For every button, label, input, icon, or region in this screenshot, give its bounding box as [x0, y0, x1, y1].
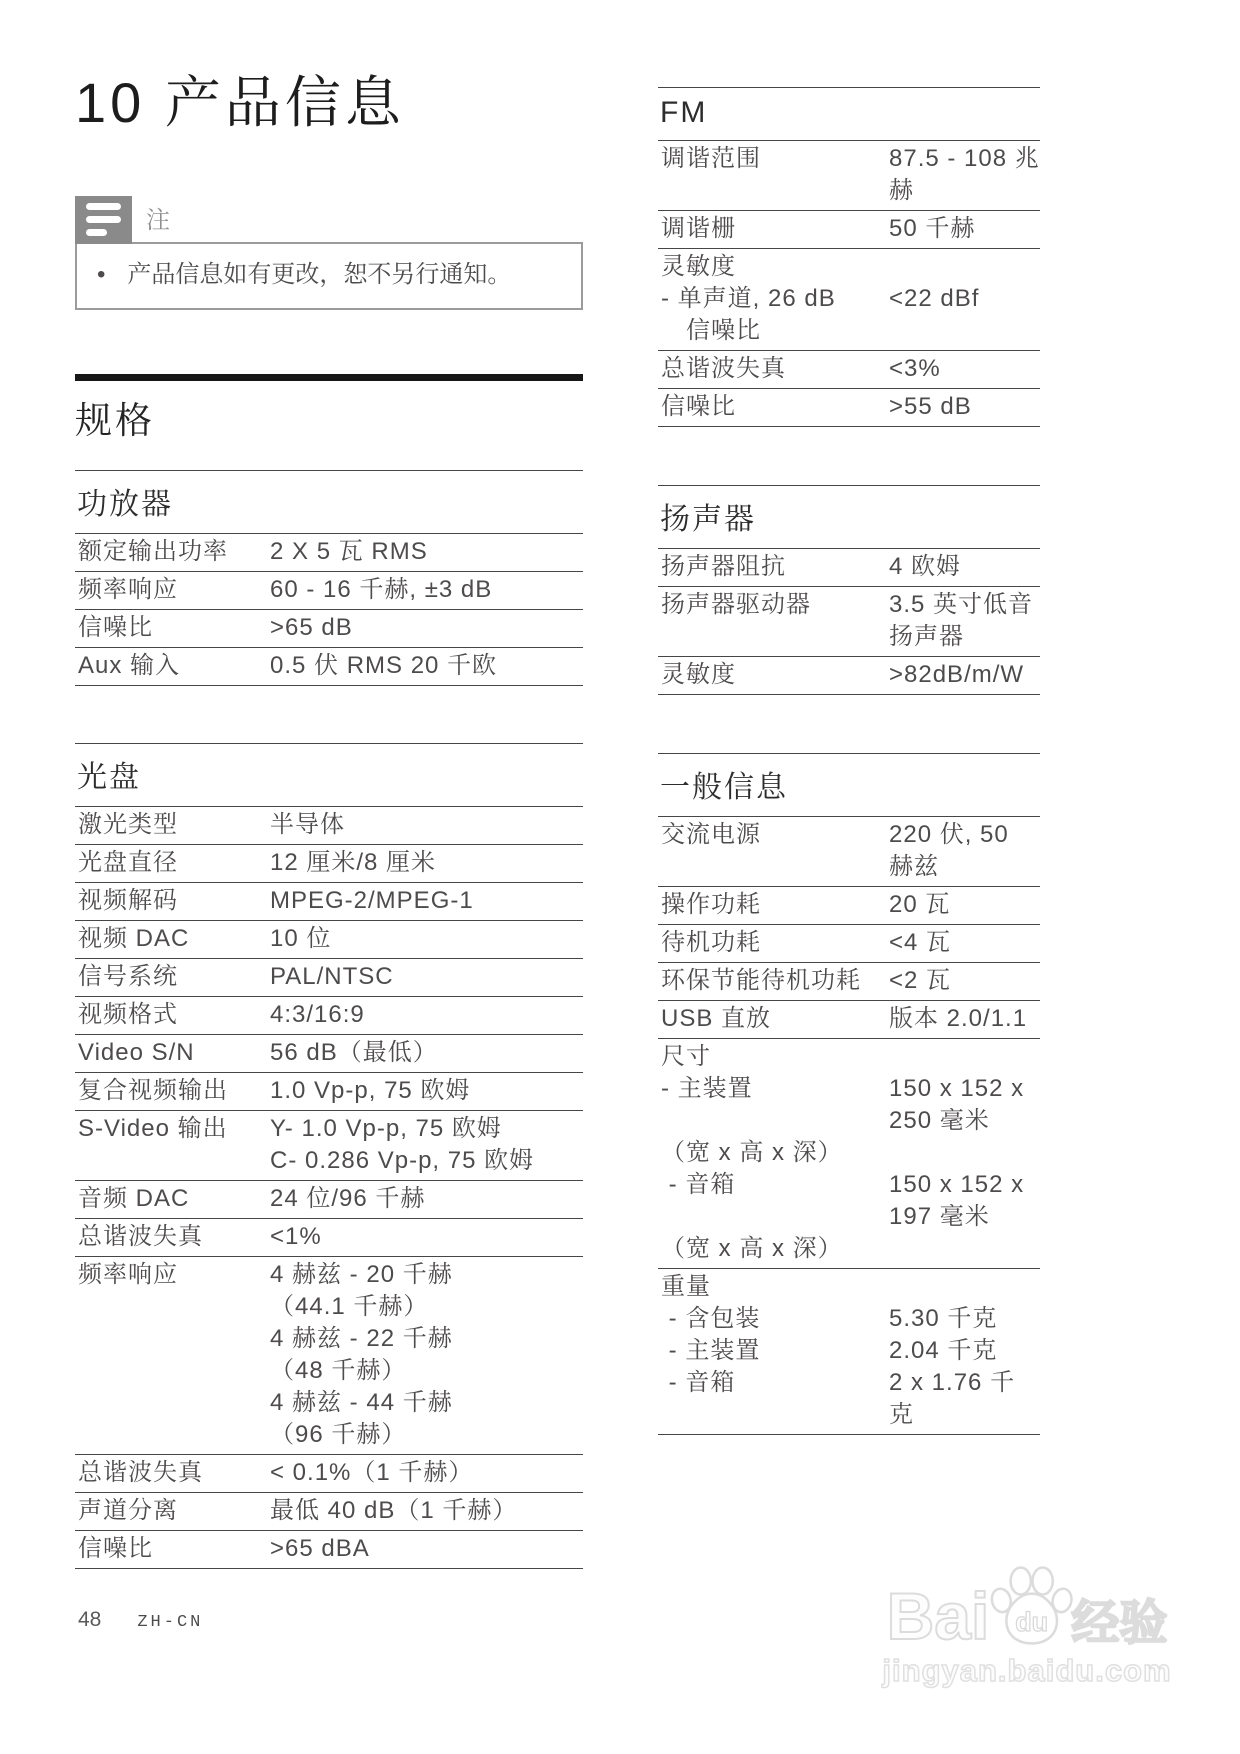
spec-label: 音频 DAC [75, 1183, 270, 1215]
spec-value: 最低 40 dB（1 千赫） [270, 1495, 517, 1527]
spec-row: 调谐范围87.5 - 108 兆赫 [658, 141, 1040, 211]
spec-table: 光盘激光类型半导体光盘直径12 厘米/8 厘米视频解码MPEG-2/MPEG-1… [75, 743, 583, 1569]
spec-label: 总谐波失真 [658, 353, 889, 385]
spec-table: 功放器额定输出功率2 X 5 瓦 RMS频率响应60 - 16 千赫, ±3 d… [75, 470, 583, 686]
left-column: 10 产品信息 注 • 产品信息如有更改，恕不另行通知。 规格 功放器额定输出功… [75, 0, 583, 1569]
spec-value: 150 x 152 x 250 毫米 [889, 1073, 1040, 1137]
spec-label: 待机功耗 [658, 927, 889, 959]
paw-print-icon: du [987, 1566, 1073, 1655]
spec-value: >82dB/m/W [889, 659, 1024, 691]
spec-label: - 主装置 [658, 1073, 889, 1105]
spec-row: 信噪比>65 dB [75, 610, 583, 648]
spec-value: PAL/NTSC [270, 961, 394, 993]
spec-row: 视频解码MPEG-2/MPEG-1 [75, 883, 583, 921]
spec-row: 调谐栅50 千赫 [658, 211, 1040, 249]
spec-row: 信号系统PAL/NTSC [75, 959, 583, 997]
watermark-brand-du: du [1016, 1607, 1049, 1637]
spec-value: 4 赫兹 - 44 千赫 [270, 1387, 453, 1419]
spec-value: （96 千赫） [270, 1419, 406, 1451]
spec-value: 半导体 [270, 809, 345, 841]
spec-value: 4 赫兹 - 22 千赫 [270, 1323, 453, 1355]
note-text: 产品信息如有更改，恕不另行通知。 [127, 259, 511, 291]
spec-label: USB 直放 [658, 1003, 889, 1035]
spec-value: 3.5 英寸低音扬声器 [889, 589, 1040, 653]
spec-value: 版本 2.0/1.1 [889, 1003, 1027, 1035]
spec-label: 信号系统 [75, 961, 270, 993]
language-code: ZH-CN [137, 1613, 203, 1632]
spec-value: Y- 1.0 Vp-p, 75 欧姆 [270, 1113, 502, 1145]
spec-row: 总谐波失真<3% [658, 351, 1040, 389]
spec-value: 56 dB（最低） [270, 1037, 438, 1069]
spec-row: 扬声器驱动器3.5 英寸低音扬声器 [658, 587, 1040, 657]
spec-row: 视频 DAC10 位 [75, 921, 583, 959]
spec-value: 2.04 千克 [889, 1335, 997, 1367]
spec-row: 待机功耗<4 瓦 [658, 925, 1040, 963]
baidu-jingyan-watermark: Bai du 经验 jingyan.baidu.com [862, 1566, 1192, 1689]
spec-value: 4:3/16:9 [270, 999, 365, 1031]
spec-value: <4 瓦 [889, 927, 951, 959]
spec-row: 尺寸- 主装置150 x 152 x 250 毫米（宽 x 高 x 深） - 音… [658, 1039, 1040, 1269]
spec-label: - 单声道, 26 dB [658, 283, 889, 315]
spec-row: 环保节能待机功耗<2 瓦 [658, 963, 1040, 1001]
spec-value: >65 dBA [270, 1533, 370, 1565]
watermark-url: jingyan.baidu.com [862, 1653, 1192, 1689]
spec-label: 额定输出功率 [75, 536, 270, 568]
spec-label: （宽 x 高 x 深） [658, 1233, 889, 1265]
spec-label: 声道分离 [75, 1495, 270, 1527]
spec-row: 激光类型半导体 [75, 807, 583, 845]
right-column: FM调谐范围87.5 - 108 兆赫调谐栅50 千赫灵敏度- 单声道, 26 … [658, 87, 1040, 1435]
spec-label: 环保节能待机功耗 [658, 965, 889, 997]
spec-row: 视频格式4:3/16:9 [75, 997, 583, 1035]
spec-row: 总谐波失真< 0.1%（1 千赫） [75, 1455, 583, 1493]
spec-row: 操作功耗20 瓦 [658, 887, 1040, 925]
spec-table-heading: 光盘 [75, 744, 583, 807]
spec-label: 调谐范围 [658, 143, 889, 175]
spec-label: 扬声器阻抗 [658, 551, 889, 583]
spec-table: FM调谐范围87.5 - 108 兆赫调谐栅50 千赫灵敏度- 单声道, 26 … [658, 87, 1040, 427]
spec-label: S-Video 输出 [75, 1113, 270, 1145]
spec-label: 灵敏度 [658, 251, 889, 283]
left-spec-tables: 功放器额定输出功率2 X 5 瓦 RMS频率响应60 - 16 千赫, ±3 d… [75, 470, 583, 1569]
spec-value: 24 位/96 千赫 [270, 1183, 425, 1215]
spec-value: 0.5 伏 RMS 20 千欧 [270, 650, 497, 682]
spec-label: 复合视频输出 [75, 1075, 270, 1107]
note-header: 注 [75, 194, 583, 242]
spec-label: 交流电源 [658, 819, 889, 851]
note-label: 注 [146, 200, 171, 235]
spec-value: 220 伏, 50 赫兹 [889, 819, 1040, 883]
spec-value: 4 赫兹 - 20 千赫 [270, 1259, 453, 1291]
spec-label: 视频 DAC [75, 923, 270, 955]
spec-row: 频率响应60 - 16 千赫, ±3 dB [75, 572, 583, 610]
spec-value: 2 X 5 瓦 RMS [270, 536, 428, 568]
spec-label: 信噪比 [658, 315, 889, 347]
spec-value: 60 - 16 千赫, ±3 dB [270, 574, 492, 606]
spec-row: 额定输出功率2 X 5 瓦 RMS [75, 534, 583, 572]
spec-label: - 主装置 [658, 1335, 889, 1367]
spec-value: C- 0.286 Vp-p, 75 欧姆 [270, 1145, 534, 1177]
spec-table-heading: 一般信息 [658, 754, 1040, 817]
spec-table-heading: FM [658, 88, 1040, 141]
spec-row: 扬声器阻抗4 欧姆 [658, 549, 1040, 587]
spec-label: 重量 [658, 1271, 889, 1303]
spec-label: 信噪比 [658, 391, 889, 423]
spec-row: 灵敏度>82dB/m/W [658, 657, 1040, 695]
spec-value: 5.30 千克 [889, 1303, 997, 1335]
spec-label: 视频解码 [75, 885, 270, 917]
spec-label: 调谐栅 [658, 213, 889, 245]
spec-row: Video S/N56 dB（最低） [75, 1035, 583, 1073]
watermark-brand-cn: 经验 [1071, 1599, 1167, 1649]
spec-row: 交流电源220 伏, 50 赫兹 [658, 817, 1040, 887]
watermark-brand: Bai du 经验 [862, 1566, 1192, 1649]
page-number: 48 [78, 1608, 101, 1632]
spec-label: Video S/N [75, 1037, 270, 1069]
page-footer: 48 ZH-CN [78, 1608, 203, 1632]
spec-value: < 0.1%（1 千赫） [270, 1457, 473, 1489]
spec-label: 总谐波失真 [75, 1457, 270, 1489]
spec-label: 光盘直径 [75, 847, 270, 879]
spec-label: 激光类型 [75, 809, 270, 841]
spec-label: 灵敏度 [658, 659, 889, 691]
spec-row: S-Video 输出Y- 1.0 Vp-p, 75 欧姆C- 0.286 Vp-… [75, 1111, 583, 1181]
spec-value: 4 欧姆 [889, 551, 961, 583]
spec-label: 操作功耗 [658, 889, 889, 921]
bullet-icon: • [97, 259, 105, 291]
spec-row: 总谐波失真<1% [75, 1219, 583, 1257]
spec-value: <22 dBf [889, 283, 979, 315]
specs-heading: 规格 [75, 374, 583, 444]
spec-value: 20 瓦 [889, 889, 950, 921]
spec-value: 87.5 - 108 兆赫 [889, 143, 1040, 207]
spec-value: （44.1 千赫） [270, 1291, 428, 1323]
spec-row: USB 直放版本 2.0/1.1 [658, 1001, 1040, 1039]
spec-row: 音频 DAC24 位/96 千赫 [75, 1181, 583, 1219]
spec-label: 视频格式 [75, 999, 270, 1031]
spec-row: 声道分离最低 40 dB（1 千赫） [75, 1493, 583, 1531]
spec-row: 重量 - 含包装5.30 千克 - 主装置2.04 千克 - 音箱2 x 1.7… [658, 1269, 1040, 1435]
manual-page: 10 产品信息 注 • 产品信息如有更改，恕不另行通知。 规格 功放器额定输出功… [0, 0, 1240, 1754]
spec-value: >65 dB [270, 612, 353, 644]
spec-value: 2 x 1.76 千克 [889, 1367, 1040, 1431]
spec-row: Aux 输入0.5 伏 RMS 20 千欧 [75, 648, 583, 686]
spec-label: 信噪比 [75, 1533, 270, 1565]
note-box: • 产品信息如有更改，恕不另行通知。 [75, 242, 583, 310]
spec-row: 灵敏度- 单声道, 26 dB<22 dBf 信噪比 [658, 249, 1040, 351]
page-title: 10 产品信息 [75, 72, 583, 134]
spec-value: <2 瓦 [889, 965, 951, 997]
note-block: 注 • 产品信息如有更改，恕不另行通知。 [75, 194, 583, 310]
spec-table: 一般信息交流电源220 伏, 50 赫兹操作功耗20 瓦待机功耗<4 瓦环保节能… [658, 753, 1040, 1435]
spec-table-heading: 功放器 [75, 471, 583, 534]
spec-row: 信噪比>65 dBA [75, 1531, 583, 1569]
spec-label: 频率响应 [75, 574, 270, 606]
watermark-brand-latin: Bai [887, 1583, 990, 1649]
spec-value: 50 千赫 [889, 213, 975, 245]
spec-value: 10 位 [270, 923, 331, 955]
spec-table-heading: 扬声器 [658, 486, 1040, 549]
spec-table: 扬声器扬声器阻抗4 欧姆扬声器驱动器3.5 英寸低音扬声器灵敏度>82dB/m/… [658, 485, 1040, 695]
spec-label: - 含包装 [658, 1303, 889, 1335]
spec-label: 频率响应 [75, 1259, 270, 1291]
spec-row: 信噪比>55 dB [658, 389, 1040, 427]
spec-row: 光盘直径12 厘米/8 厘米 [75, 845, 583, 883]
spec-label: 信噪比 [75, 612, 270, 644]
spec-value: 12 厘米/8 厘米 [270, 847, 436, 879]
spec-row: 频率响应4 赫兹 - 20 千赫（44.1 千赫）4 赫兹 - 22 千赫（48… [75, 1257, 583, 1455]
spec-label: （宽 x 高 x 深） [658, 1137, 889, 1169]
note-icon [75, 196, 132, 244]
spec-label: Aux 输入 [75, 650, 270, 682]
spec-value: <1% [270, 1221, 322, 1253]
spec-value: （48 千赫） [270, 1355, 406, 1387]
spec-label: 尺寸 [658, 1041, 889, 1073]
spec-value: <3% [889, 353, 941, 385]
spec-row: 复合视频输出1.0 Vp-p, 75 欧姆 [75, 1073, 583, 1111]
spec-label: - 音箱 [658, 1169, 889, 1201]
spec-value: >55 dB [889, 391, 972, 423]
spec-value: MPEG-2/MPEG-1 [270, 885, 474, 917]
spec-value: 1.0 Vp-p, 75 欧姆 [270, 1075, 470, 1107]
right-spec-tables: FM调谐范围87.5 - 108 兆赫调谐栅50 千赫灵敏度- 单声道, 26 … [658, 87, 1040, 1435]
spec-value: 150 x 152 x 197 毫米 [889, 1169, 1040, 1233]
spec-label: - 音箱 [658, 1367, 889, 1399]
spec-label: 总谐波失真 [75, 1221, 270, 1253]
spec-label: 扬声器驱动器 [658, 589, 889, 621]
